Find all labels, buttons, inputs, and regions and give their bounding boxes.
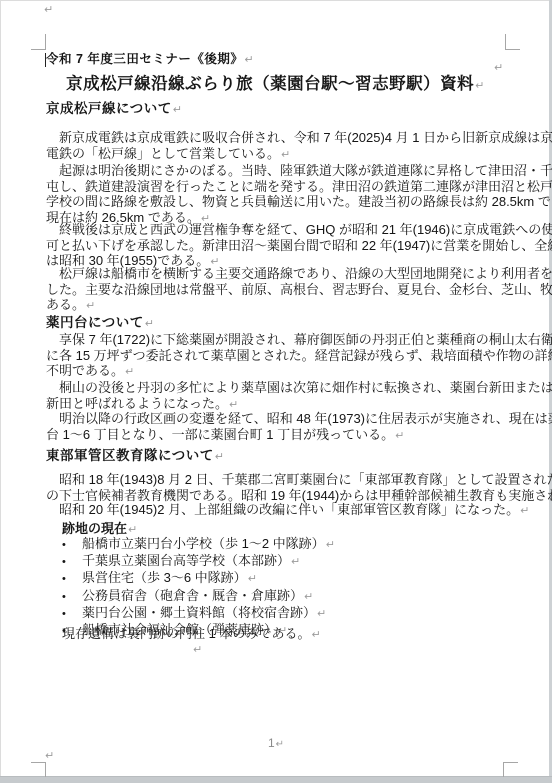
bullet-icon: • [62,538,82,553]
bullet-item: •県営住宅（歩 3〜6 中隊跡）↵ [62,570,335,587]
crop-mark-top-right-icon [505,49,520,50]
text-line: 享保 7 年(1722)に下総薬園が開設され、幕府御医師の丹羽正伯と薬種商の桐山… [46,332,552,348]
text-line: 新京成電鉄は京成電鉄に吸収合併され、令和 7 年(2025)4 月 1 日から旧… [46,130,552,146]
paragraph-mark-icon: ↵ [520,505,529,517]
text-line: した。主要な沿線団地は常盤平、前原、高根台、習志野台、夏見台、金杉台、芝山、牧の… [46,282,552,298]
paragraph-mark-icon: ↵ [395,430,404,442]
paragraph-mark-icon: ↵ [326,539,335,551]
text-line: 電鉄の「松戸線」として営業している。↵ [46,146,552,164]
text-line: に各 15 万坪ずつ委託されて薬草園とされた。経営記録が残らず、栽培面積や作物の… [46,348,552,364]
crop-mark-bottom-right-icon [503,762,518,763]
paragraph-mark-icon: ↵ [475,80,485,92]
text-line: 可と払い下げを承認した。新津田沼〜薬園台間で昭和 22 年(1947)に営業を開… [46,238,552,254]
paragraph-mark-icon: ↵ [291,556,300,568]
bullet-item: •船橋市立薬円台小学校（歩 1〜2 中隊跡）↵ [62,536,335,553]
bullet-text: 薬円台公園・郷土資料館（将校宿舎跡） [82,605,316,620]
text-line: 起源は明治後期にさかのぼる。当時、陸軍鉄道大隊が鉄道連隊に昇格して津田沼・千葉に… [46,163,552,179]
text-line: 不明である。↵ [46,363,552,381]
text-line: 桐山の没後と丹羽の多忙により薬草園は次第に畑作村に転換され、薬園台新田または正伯 [46,380,552,396]
paragraph-mark-icon: ↵ [128,524,137,536]
text-line: 屯し、鉄道建設演習を行ったことに端を発する。津田沼の鉄道第二連隊が津田沼と松戸工… [46,179,552,195]
paragraph: 起源は明治後期にさかのぼる。当時、陸軍鉄道大隊が鉄道連隊に昇格して津田沼・千葉に… [46,163,552,227]
paragraph: 昭和 20 年(1945)2 月、上部組織の改編に伴い「東部軍管区教育隊」になっ… [46,502,529,520]
document-title: 京成松戸線沿線ぶらり旅（薬園台駅〜習志野駅）資料↵ [46,73,505,97]
bullet-item: •薬円台公園・郷土資料館（将校宿舎跡）↵ [62,605,335,622]
bullet-item: •公務員宿舎（砲倉舎・厩舎・倉庫跡）↵ [62,588,335,605]
bullet-text: 千葉県立薬園台高等学校（本部跡） [82,553,290,568]
text-line: 昭和 18 年(1943)8 月 2 日、千葉郡二宮町薬園台に「東部軍教育隊」と… [46,472,552,488]
paragraph: 新京成電鉄は京成電鉄に吸収合併され、令和 7 年(2025)4 月 1 日から旧… [46,130,552,163]
text-line: 松戸線は船橋市を横断する主要交通路線であり、沿線の大型団地開発により利用者を増や [46,266,552,282]
paragraph: 松戸線は船橋市を横断する主要交通路線であり、沿線の大型団地開発により利用者を増や… [46,266,552,315]
bullet-item: •千葉県立薬園台高等学校（本部跡）↵ [62,553,335,570]
paragraph-mark-icon: ↵ [317,608,326,620]
document-label: 令和 7 年度三田セミナー《後期》↵ [46,52,254,68]
paragraph: 享保 7 年(1722)に下総薬園が開設され、幕府御医師の丹羽正伯と薬種商の桐山… [46,332,552,381]
text-line: 学校の間に路線を敷設し、物資と兵員輸送に用いた。建設当初の路線長は約 28.5k… [46,194,552,210]
text-line: 台 1〜6 丁目となり、一部に薬園台町 1 丁目が残っている。↵ [46,427,552,445]
paragraph-mark-icon: ↵ [125,366,134,378]
bullet-icon: • [62,607,82,622]
document-body: 令和 7 年度三田セミナー《後期》↵京成松戸線沿線ぶらり旅（薬園台駅〜習志野駅）… [46,0,505,783]
paragraph: 現存遺構は裏門跡の門柱 1 本のみである。↵ [62,626,321,644]
paragraph-mark-icon: ↵ [173,104,183,116]
crop-mark-top-right-icon [505,34,506,50]
paragraph-mark-icon: ↵ [281,149,290,161]
paragraph: 終戦後は京成と西武の運営権争奪を経て、GHQ が昭和 21 年(1946)に京成… [46,222,552,271]
text-line: 明治以降の行政区画の変遷を経て、昭和 48 年(1973)に住居表示が実施され、… [46,411,552,427]
bullet-text: 県営住宅（歩 3〜6 中隊跡） [82,570,247,585]
section-heading: 東部軍管区教育隊について↵ [46,447,224,466]
section-heading: 薬円台について↵ [46,314,154,333]
page-edge-left [0,0,1,783]
text-line: ある。↵ [46,297,552,315]
bullet-icon: • [62,590,82,605]
crop-mark-bottom-left-icon [31,762,46,763]
paragraph: 明治以降の行政区画の変遷を経て、昭和 48 年(1973)に住居表示が実施され、… [46,411,552,444]
word-document-page[interactable]: ↵ ↵ ↵ ↵ 1↵ 令和 7 年度三田セミナー《後期》↵京成松戸線沿線ぶらり旅… [0,0,552,783]
paragraph-mark-icon: ↵ [86,300,95,312]
paragraph-mark-icon: ↵ [229,399,238,411]
bullet-icon: • [62,555,82,570]
bullet-icon: • [62,572,82,587]
paragraph-mark-icon: ↵ [244,54,254,66]
paragraph: 桐山の没後と丹羽の多忙により薬草園は次第に畑作村に転換され、薬園台新田または正伯… [46,380,552,413]
section-heading: 京成松戸線について↵ [46,100,182,119]
bullet-list: •船橋市立薬円台小学校（歩 1〜2 中隊跡）↵•千葉県立薬園台高等学校（本部跡）… [62,536,335,639]
paragraph: 昭和 18 年(1943)8 月 2 日、千葉郡二宮町薬園台に「東部軍教育隊」と… [46,472,552,505]
bullet-text: 船橋市立薬円台小学校（歩 1〜2 中隊跡） [82,536,325,551]
text-line: 昭和 20 年(1945)2 月、上部組織の改編に伴い「東部軍管区教育隊」になっ… [46,502,529,520]
paragraph-mark-icon: ↵ [311,629,320,641]
paragraph-mark-icon: ↵ [304,591,313,603]
bullet-text: 公務員宿舎（砲倉舎・厩舎・倉庫跡） [82,588,303,603]
paragraph-mark-icon: ↵ [215,451,225,463]
text-line: 終戦後は京成と西武の運営権争奪を経て、GHQ が昭和 21 年(1946)に京成… [46,222,552,238]
paragraph-mark-icon: ↵ [248,573,257,585]
paragraph-mark-icon: ↵ [145,318,155,330]
crop-mark-top-left-icon [31,49,46,50]
